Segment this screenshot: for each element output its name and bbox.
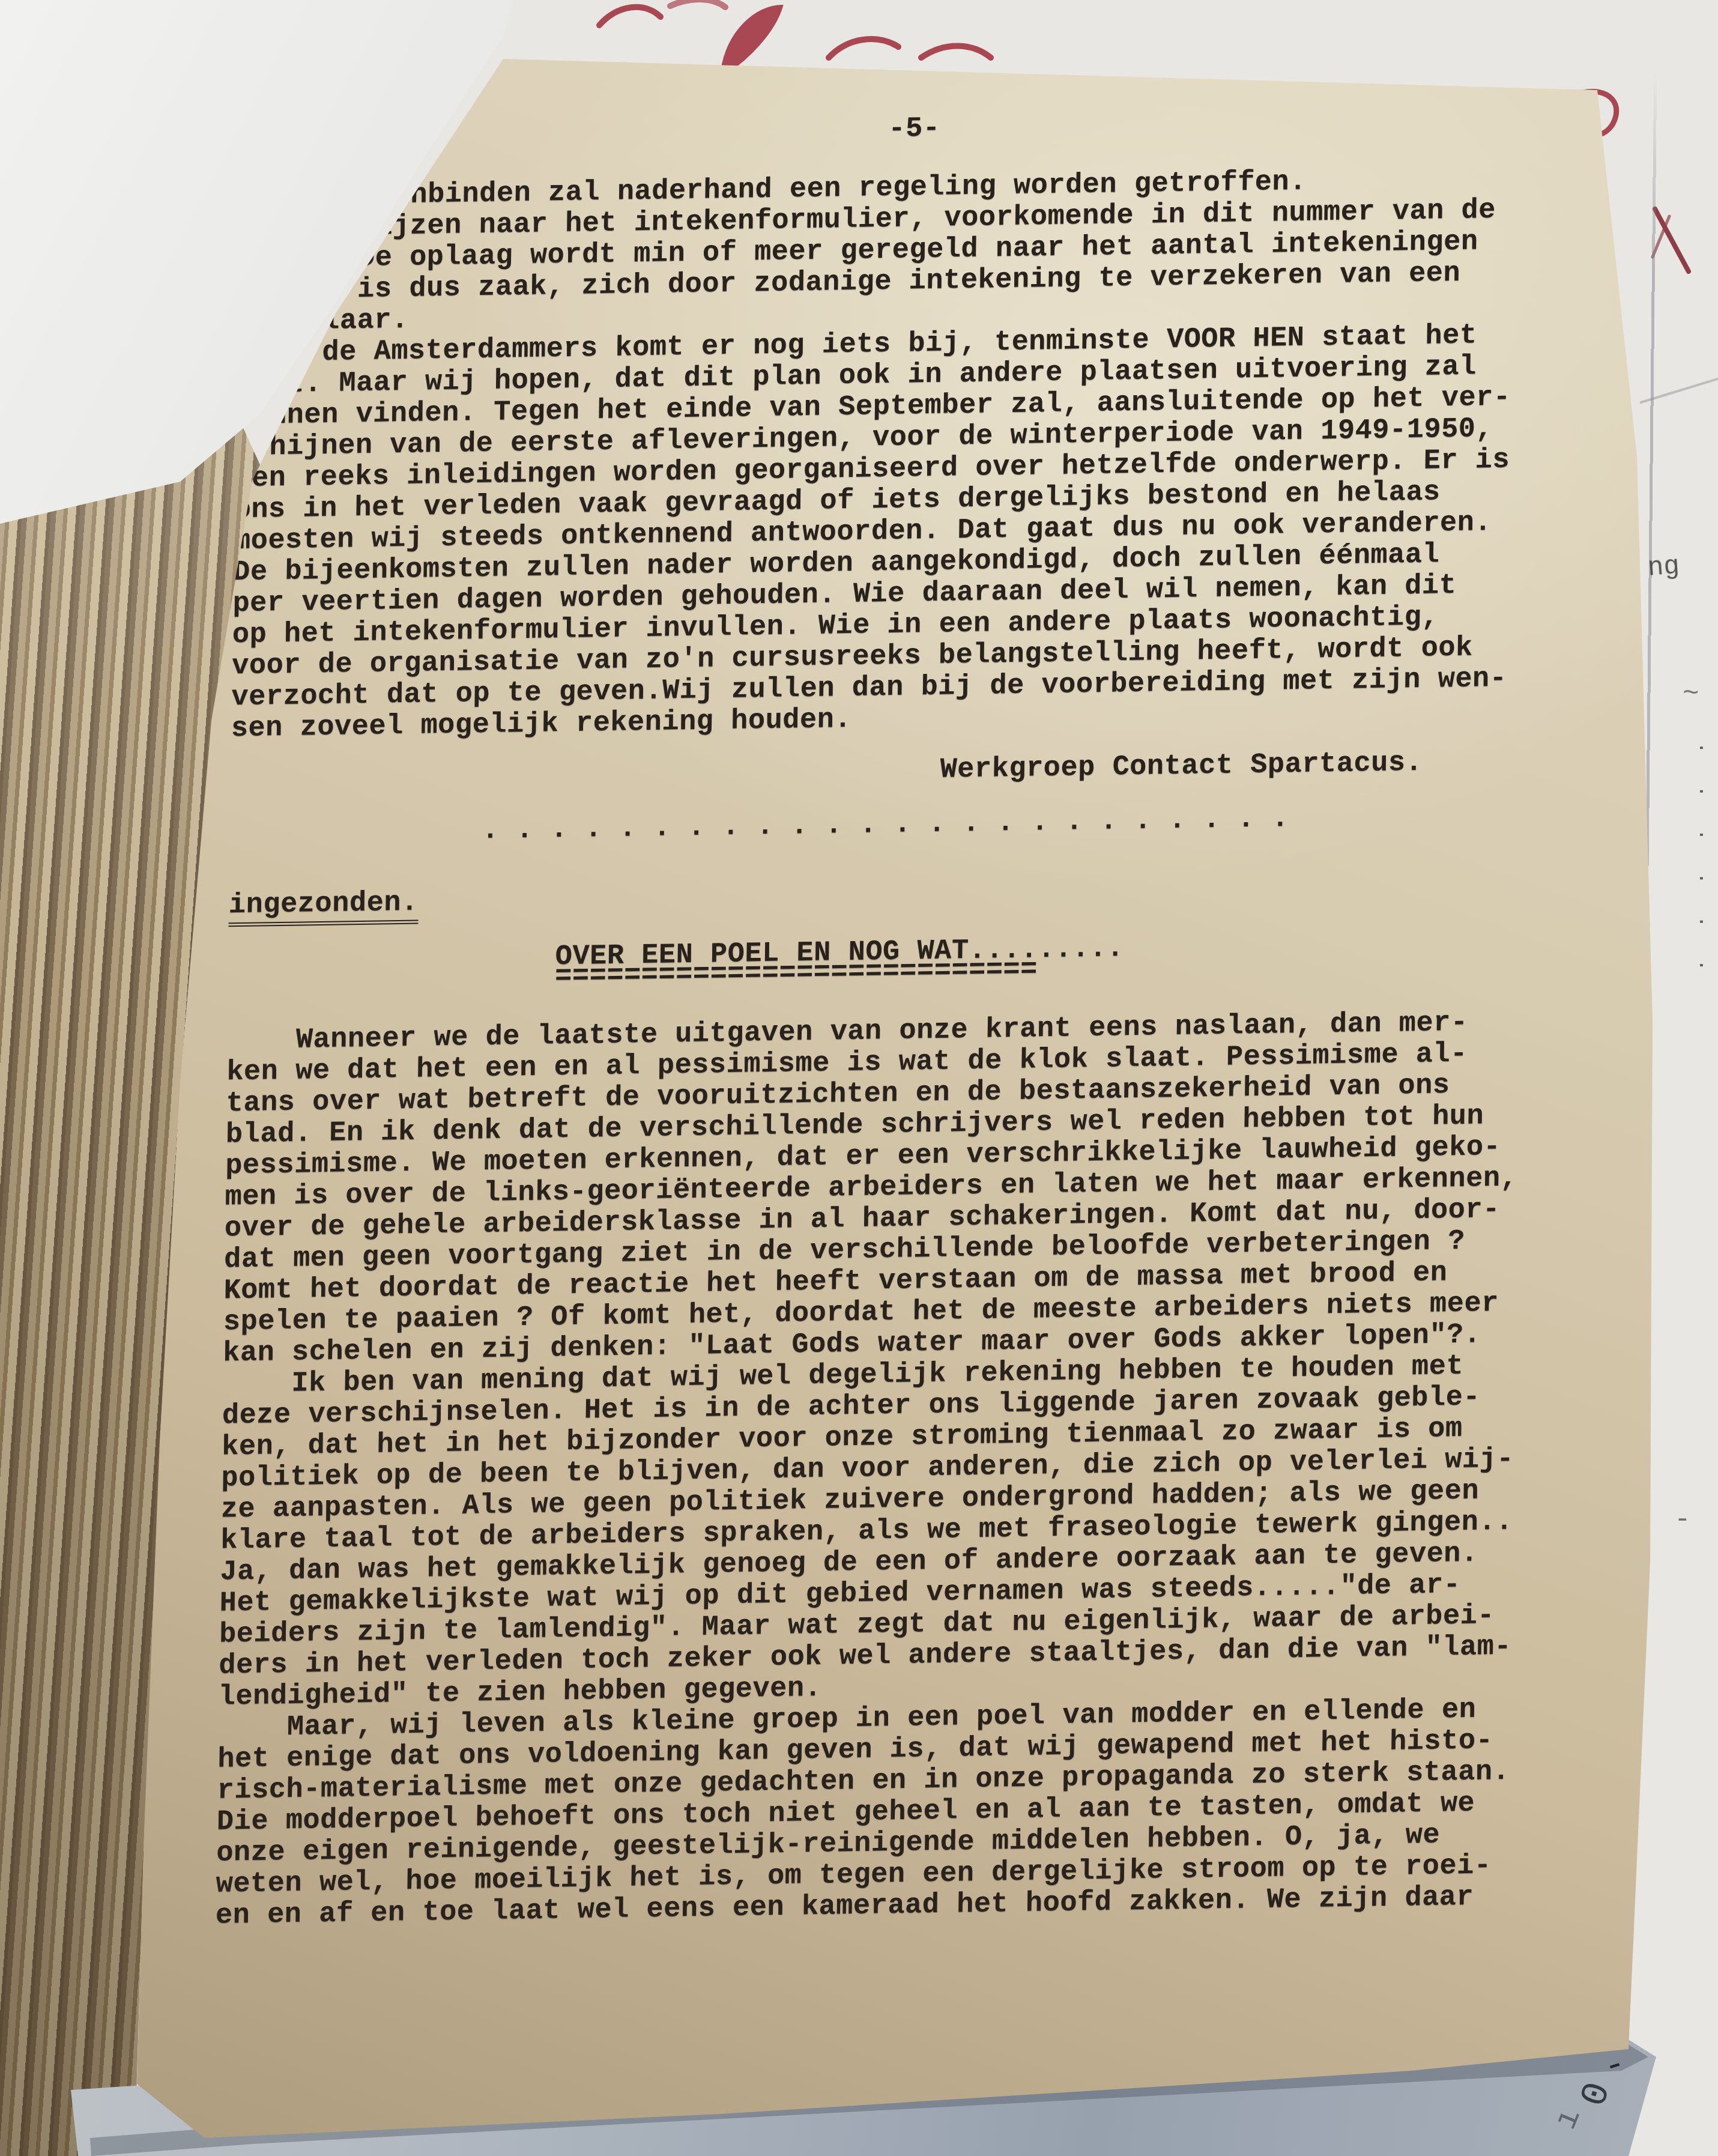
article-paragraph-3: Maar, wij leven als kleine groep in een … xyxy=(216,1693,1570,1931)
article-paragraph-1: Wanneer we de laatste uitgaven van onze … xyxy=(223,1006,1578,1370)
backdrop-stray-dash: - xyxy=(1674,1504,1691,1536)
section-label: ingezonden. xyxy=(229,870,1580,921)
typed-text-block: -5- Voor het inbinden zal naderhand een … xyxy=(216,104,1590,1932)
backdrop-stray-tilde: ~ xyxy=(1683,679,1699,710)
article-paragraph-2: Ik ben van mening dat wij wel degelijk r… xyxy=(218,1349,1573,1713)
dotted-divider: ........................ xyxy=(482,799,1580,847)
red-thread-icon xyxy=(1655,209,1689,271)
signature-line: Werkgroep Contact Spartacus. xyxy=(940,745,1582,786)
backdrop-stray-text: ng xyxy=(1647,551,1680,584)
section-label-text: ingezonden. xyxy=(228,887,419,927)
ornament-stroke-icon xyxy=(599,7,661,25)
intro-paragraph-1: Voor het inbinden zal naderhand een rege… xyxy=(236,163,1589,339)
backdrop-dotted-edge: ...... xyxy=(1693,742,1716,1002)
ornament-leaf-icon xyxy=(722,6,782,73)
photo-of-typed-page: ng ~ - ...... 0 - ı -5- Voor het inbinde… xyxy=(0,0,1718,2156)
intro-paragraph-2: Voor de Amsterdammers komt er nog iets b… xyxy=(231,319,1587,745)
